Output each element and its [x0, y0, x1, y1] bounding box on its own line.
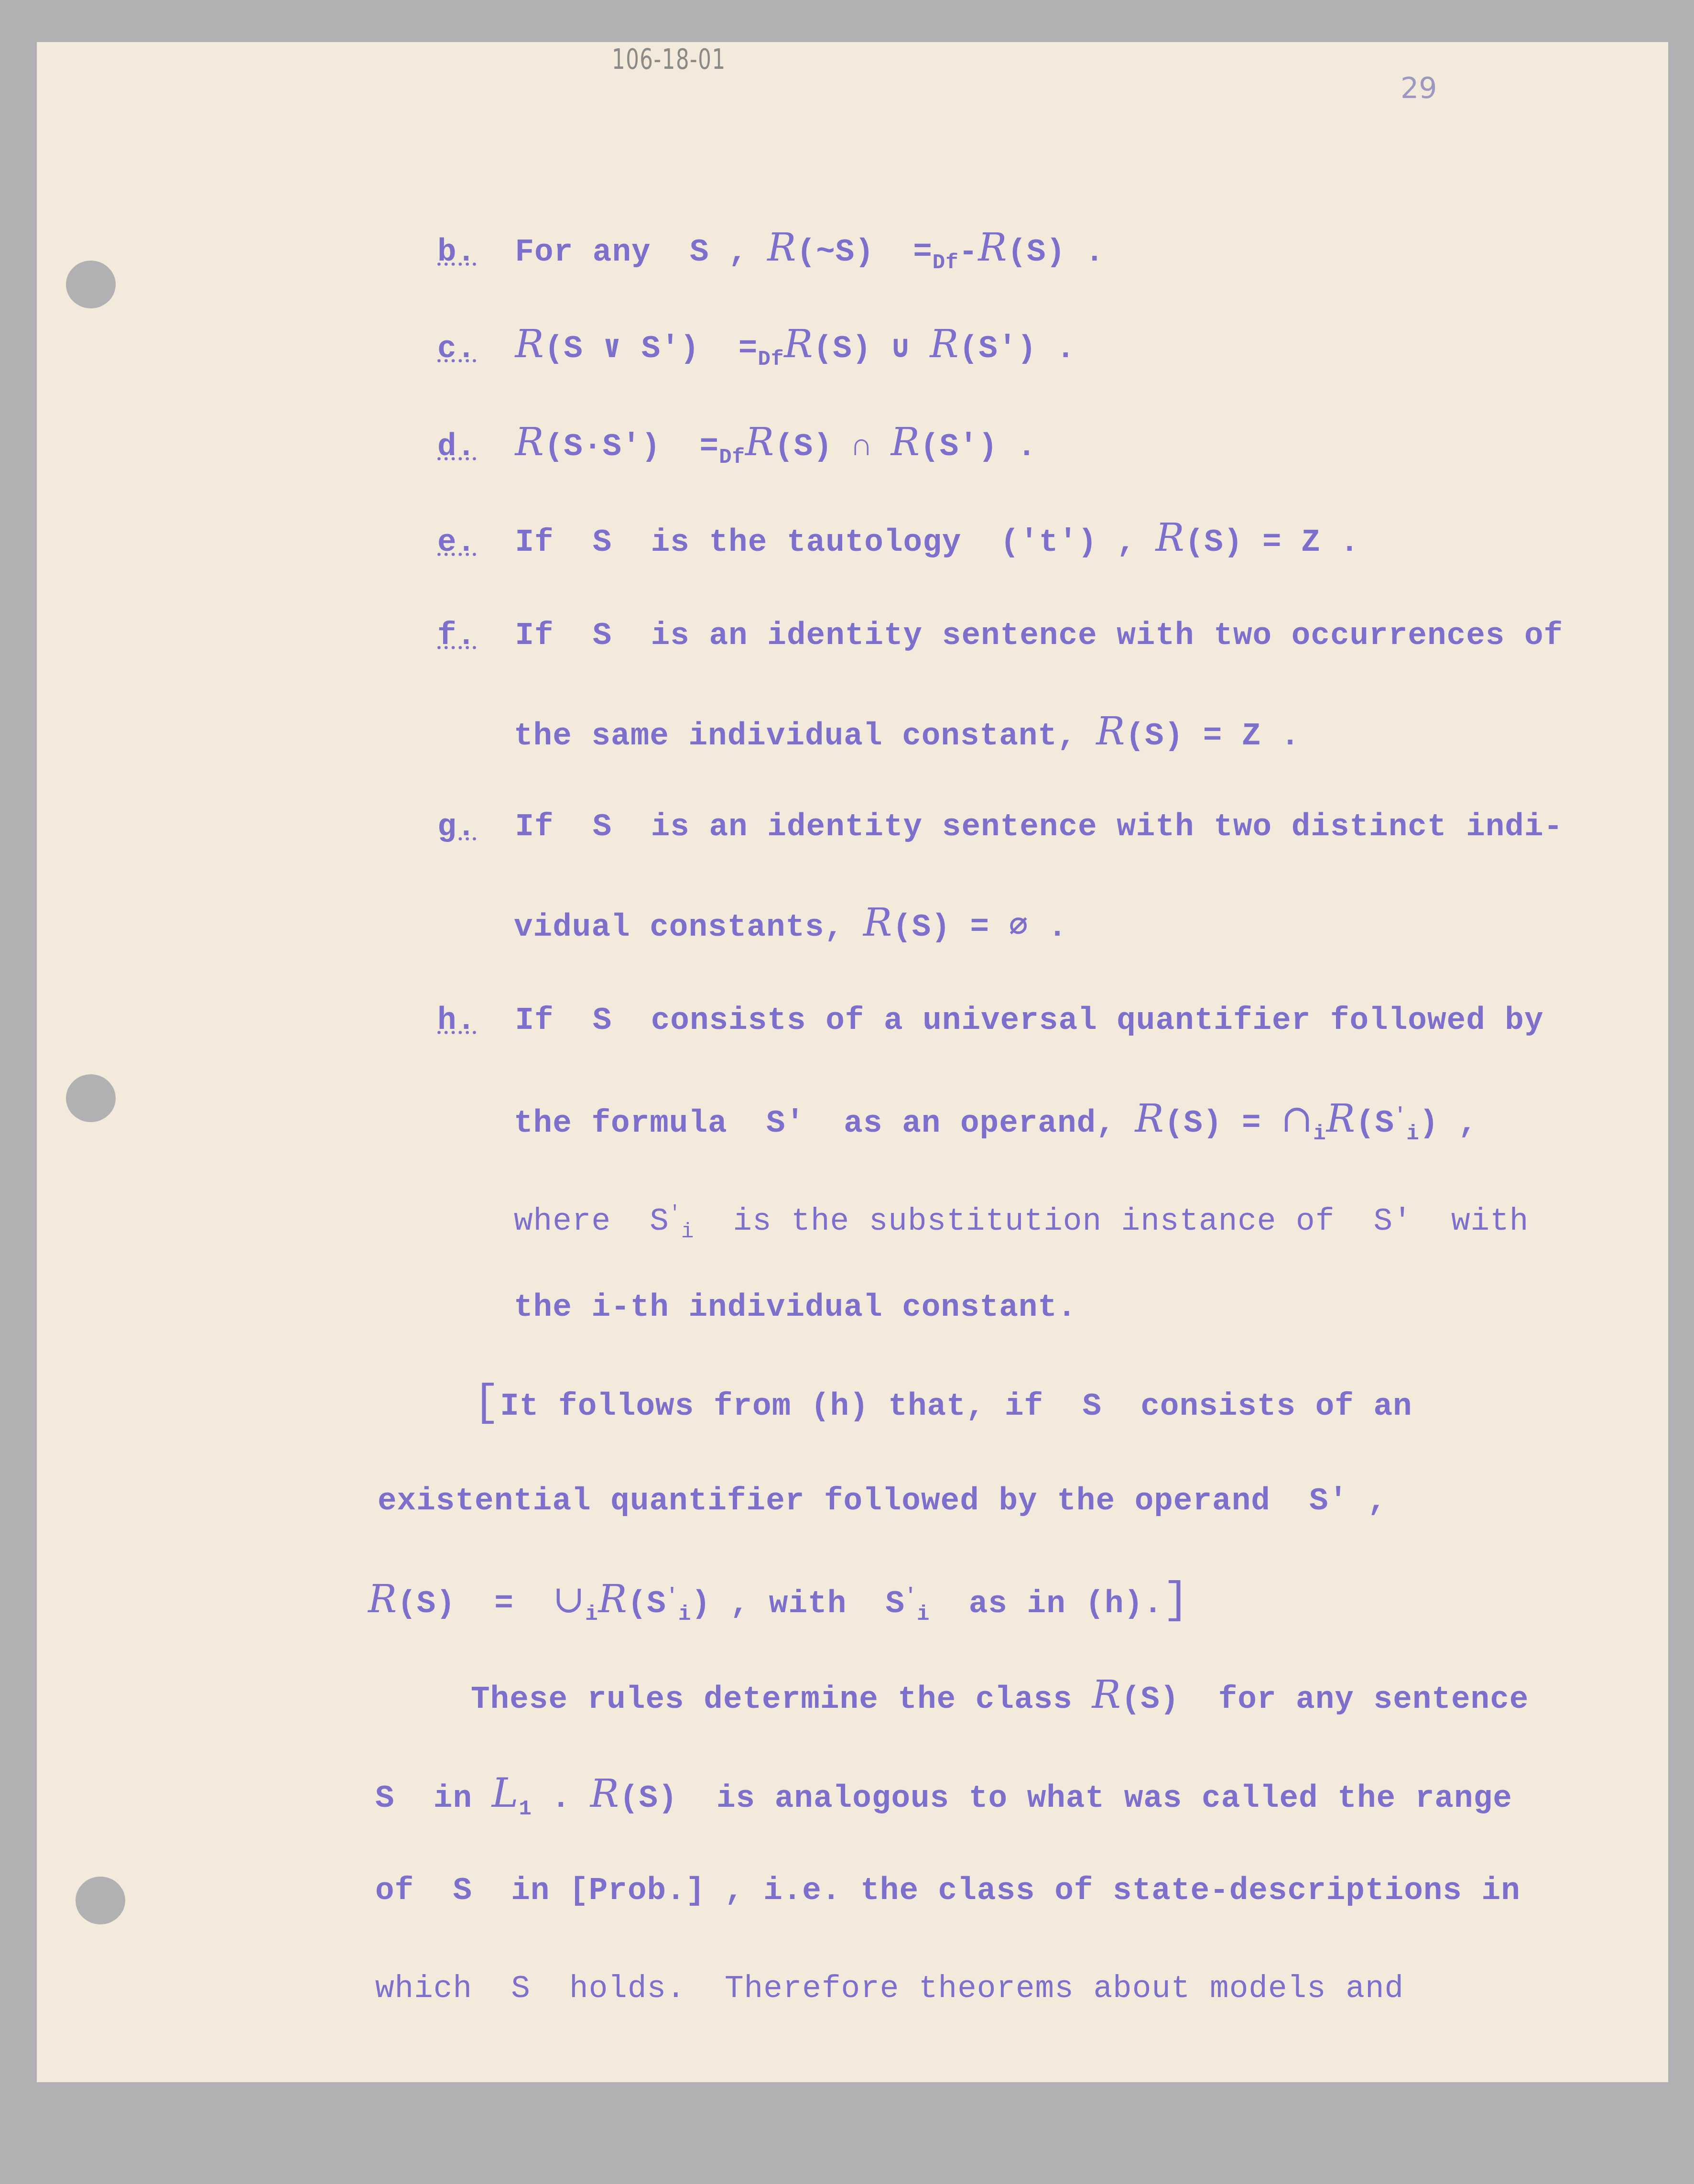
page-number: 29	[1401, 72, 1437, 105]
range-symbol: R	[1096, 709, 1125, 753]
range-symbol: R	[978, 225, 1007, 270]
rule-h-cont-3: the i-th individual constant.	[514, 1289, 1077, 1327]
paragraph-line-4: which S holds. Therefore theorems about …	[375, 1970, 1404, 2008]
range-symbol: R	[930, 322, 959, 366]
rule-f-cont: the same individual constant, R(S) = Z .	[514, 712, 1300, 755]
close-bracket: ]	[1163, 1575, 1190, 1626]
range-symbol: R	[368, 1577, 397, 1621]
rule-label: e.	[437, 524, 476, 560]
paragraph-line-1: These rules determine the class R(S) for…	[471, 1676, 1529, 1719]
intersection-symbol: ∩	[1281, 1096, 1313, 1141]
range-symbol: R	[745, 420, 774, 464]
rule-label: c.	[437, 331, 476, 367]
range-symbol: R	[590, 1771, 619, 1816]
binder-hole-middle	[66, 1074, 116, 1122]
paragraph-line-3: of S in [Prob.] , i.e. the class of stat…	[375, 1872, 1520, 1910]
rule-d: d. R(S·S') =DfR(S) ∩ R(S') .	[437, 423, 1037, 477]
range-symbol: R	[767, 225, 796, 270]
range-symbol: R	[1326, 1096, 1356, 1141]
range-symbol: R	[598, 1577, 628, 1621]
range-symbol: R	[891, 420, 920, 464]
range-symbol: R	[515, 322, 544, 366]
range-symbol: R	[515, 420, 544, 464]
union-symbol: ∪	[553, 1577, 585, 1621]
rule-g-cont: vidual constants, R(S) = ∅ .	[514, 904, 1067, 947]
rule-c: c. R(S ∨ S') =DfR(S) ∪ R(S') .	[437, 325, 1075, 379]
paragraph-line-2: S in L1 . R(S) is analogous to what was …	[375, 1774, 1512, 1828]
rule-label: g.	[437, 809, 476, 845]
range-symbol: R	[1135, 1096, 1164, 1141]
rule-h-cont-2: where S'i is the substitution instance o…	[514, 1195, 1529, 1251]
bracket-note-line-1: [It follows from (h) that, if S consists…	[473, 1384, 1412, 1426]
binder-hole-bottom	[76, 1877, 125, 1924]
language-symbol: L	[492, 1769, 519, 1816]
rule-label: b.	[437, 234, 476, 270]
rule-f: f. If S is an identity sentence with two…	[437, 617, 1563, 655]
rule-b: b. For any S , R(~S) =Df-R(S) .	[437, 229, 1105, 282]
rule-h: h. If S consists of a universal quantifi…	[437, 1002, 1544, 1040]
reference-prob: [Prob.]	[569, 1873, 705, 1909]
rule-label: h.	[437, 1003, 476, 1038]
archive-id: 106-18-01	[612, 43, 726, 76]
range-symbol: R	[1092, 1672, 1121, 1717]
bracket-note-line-3: R(S) = ∪iR(S'i) , with S'i as in (h).]	[368, 1578, 1190, 1634]
open-bracket: [	[473, 1378, 500, 1428]
range-symbol: R	[784, 322, 813, 366]
range-symbol: R	[863, 900, 892, 945]
binder-hole-top	[66, 261, 116, 308]
rule-h-cont-1: the formula S' as an operand, R(S) = ∩iR…	[514, 1097, 1477, 1153]
bracket-note-line-2: existential quantifier followed by the o…	[378, 1482, 1387, 1520]
rule-e: e. If S is the tautology ('t') , R(S) = …	[437, 519, 1359, 562]
rule-label: f.	[437, 618, 476, 654]
rule-label: d.	[437, 429, 476, 465]
range-symbol: R	[1155, 515, 1184, 560]
rule-g: g. If S is an identity sentence with two…	[437, 808, 1563, 846]
